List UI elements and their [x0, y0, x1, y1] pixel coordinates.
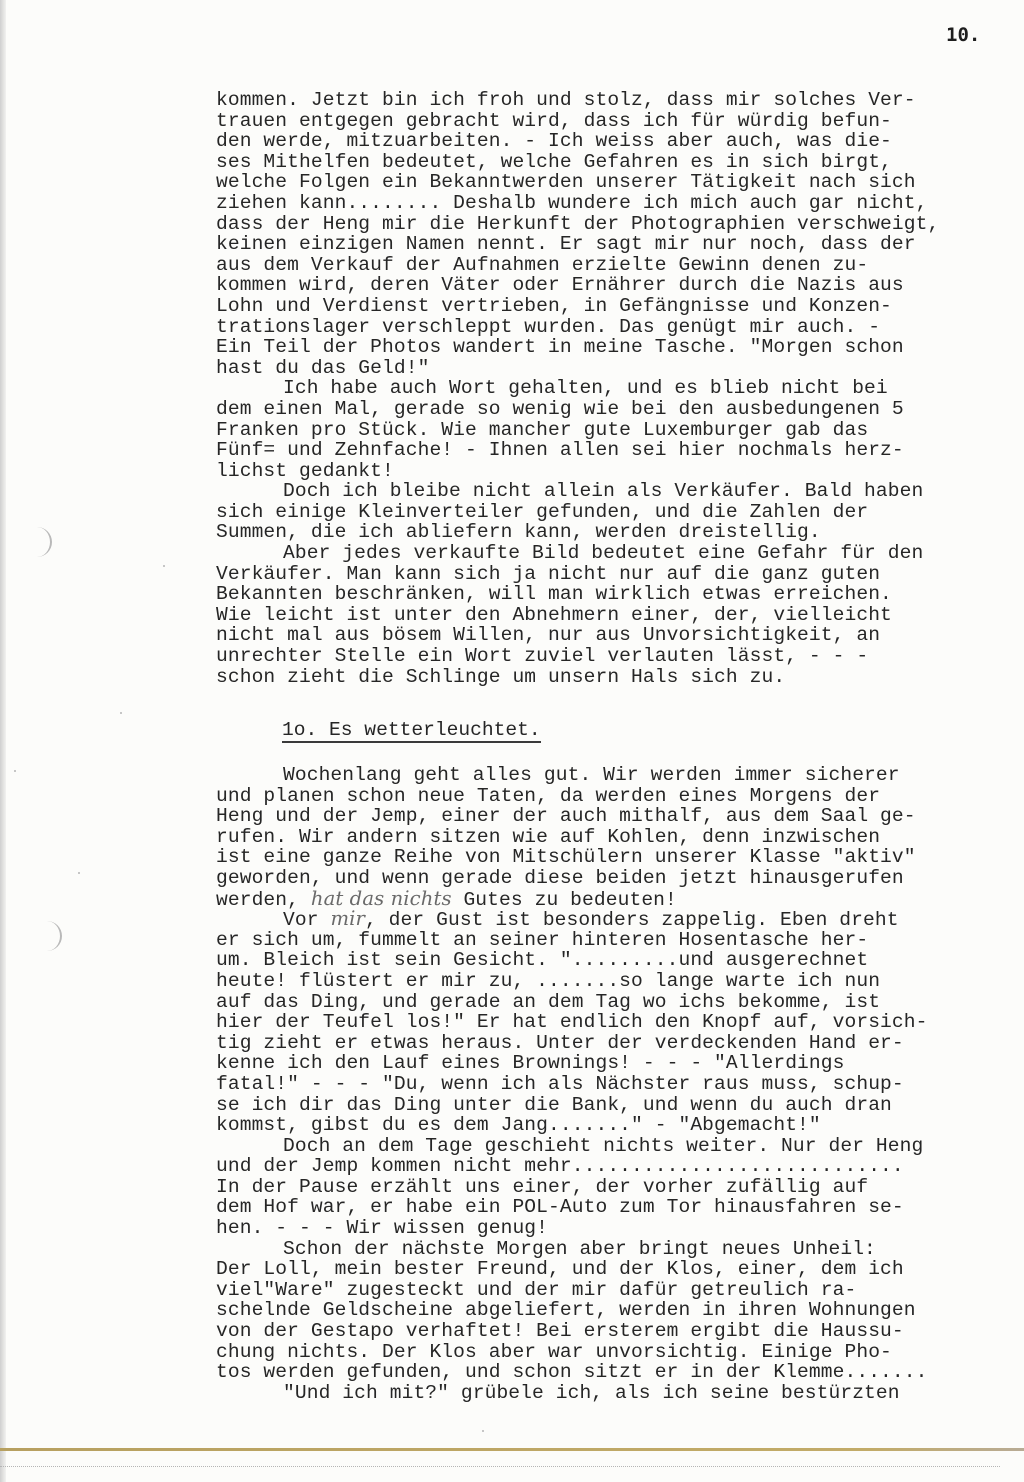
- typed-text: Aber jedes verkaufte Bild bedeutet eine …: [283, 542, 923, 564]
- scan-speck: [14, 770, 16, 772]
- typed-text: welche Folgen ein Bekanntwerden unserer …: [216, 171, 916, 193]
- punch-hole-mark-icon: [40, 921, 62, 951]
- text-line: viel"Ware" zugesteckt und der mir dafür …: [216, 1280, 1016, 1301]
- typed-text: trationslager verschleppt wurden. Das ge…: [216, 316, 880, 338]
- text-line: dem einen Mal, gerade so wenig wie bei d…: [216, 399, 1016, 420]
- text-line: Ein Teil der Photos wandert in meine Tas…: [216, 337, 1016, 358]
- text-line: kenne ich den Lauf eines Brownings! - - …: [216, 1053, 1016, 1074]
- typed-text: kommen. Jetzt bin ich froh und stolz, da…: [216, 89, 916, 111]
- text-line: dem Hof war, er habe ein POL-Auto zum To…: [216, 1197, 1016, 1218]
- typed-text: unrechter Stelle ein Wort zuviel verlaut…: [216, 645, 868, 667]
- text-line: welche Folgen ein Bekanntwerden unserer …: [216, 172, 1016, 193]
- body-text-before-heading: kommen. Jetzt bin ich froh und stolz, da…: [216, 90, 1016, 687]
- punch-hole-mark-icon: [30, 527, 52, 557]
- text-line: Lohn und Verdienst vertrieben, in Gefäng…: [216, 296, 1016, 317]
- typed-text: werden,: [216, 889, 311, 911]
- text-line: werden, hat das nichts Gutes zu bedeuten…: [216, 889, 1016, 910]
- typed-text: kommst, gibst du es dem Jang......." - "…: [216, 1114, 821, 1136]
- scan-left-edge: [0, 0, 6, 1482]
- scan-speck: [482, 1430, 484, 1432]
- typed-text: chung nichts. Der Klos aber war unvorsic…: [216, 1341, 892, 1363]
- typed-text: ziehen kann........ Deshalb wundere ich …: [216, 192, 928, 214]
- text-line: Summen, die ich abliefern kann, werden d…: [216, 522, 1016, 543]
- typed-text: schelnde Geldscheine abgeliefert, werden…: [216, 1299, 916, 1321]
- handwritten-correction: mir: [330, 907, 365, 930]
- typed-text: dem Hof war, er habe ein POL-Auto zum To…: [216, 1196, 904, 1218]
- typed-text: Verkäufer. Man kann sich ja nicht nur au…: [216, 563, 880, 585]
- scan-speck: [120, 712, 122, 714]
- typed-text: Ich habe auch Wort gehalten, und es blie…: [283, 377, 888, 399]
- text-line: um. Bleich ist sein Gesicht. ".........u…: [216, 950, 1016, 971]
- text-line: schon zieht die Schlinge um unsern Hals …: [216, 667, 1016, 688]
- text-line: auf das Ding, und gerade an dem Tag wo i…: [216, 992, 1016, 1013]
- text-line: Fünf= und Zehnfache! - Ihnen allen sei h…: [216, 440, 1016, 461]
- text-line: ziehen kann........ Deshalb wundere ich …: [216, 193, 1016, 214]
- text-line: In der Pause erzählt uns einer, der vorh…: [216, 1177, 1016, 1198]
- typed-text: schon zieht die Schlinge um unsern Hals …: [216, 666, 785, 688]
- text-line: nicht mal aus bösem Willen, nur aus Unvo…: [216, 625, 1016, 646]
- scan-speck: [163, 565, 165, 567]
- text-line: dass der Heng mir die Herkunft der Photo…: [216, 214, 1016, 235]
- typed-text: Franken pro Stück. Wie mancher gute Luxe…: [216, 419, 868, 441]
- text-line: Vor mir, der Gust ist besonders zappelig…: [216, 909, 1016, 930]
- typed-text: heute! flüstert er mir zu, .......so lan…: [216, 970, 880, 992]
- typed-text: Lohn und Verdienst vertrieben, in Gefäng…: [216, 295, 892, 317]
- text-line: lichst gedankt!: [216, 461, 1016, 482]
- typed-text: er sich um, fummelt an seiner hinteren H…: [216, 929, 868, 951]
- typed-text: ses Mithelfen bedeutet, welche Gefahren …: [216, 151, 892, 173]
- typed-text: lichst gedankt!: [216, 460, 394, 482]
- typed-text: kenne ich den Lauf eines Brownings! - - …: [216, 1052, 844, 1074]
- text-line: und planen schon neue Taten, da werden e…: [216, 786, 1016, 807]
- text-line: unrechter Stelle ein Wort zuviel verlaut…: [216, 646, 1016, 667]
- text-line: heute! flüstert er mir zu, .......so lan…: [216, 971, 1016, 992]
- typed-text: trauen entgegen gebracht wird, dass ich …: [216, 110, 892, 132]
- body-text-after-heading: Wochenlang geht alles gut. Wir werden im…: [216, 765, 1016, 1403]
- typed-text: hast du das Geld!": [216, 357, 429, 379]
- typed-text: Wochenlang geht alles gut. Wir werden im…: [283, 764, 900, 786]
- typed-text: Doch ich bleibe nicht allein als Verkäuf…: [283, 480, 923, 502]
- typed-text: viel"Ware" zugesteckt und der mir dafür …: [216, 1279, 856, 1301]
- text-line: keinen einzigen Namen nennt. Er sagt mir…: [216, 234, 1016, 255]
- text-line: Bekannten beschränken, will man wirklich…: [216, 584, 1016, 605]
- typed-text: Der Loll, mein bester Freund, und der Kl…: [216, 1258, 904, 1280]
- text-line: aus dem Verkauf der Aufnahmen erzielte G…: [216, 255, 1016, 276]
- typed-text: In der Pause erzählt uns einer, der vorh…: [216, 1176, 868, 1198]
- text-line: chung nichts. Der Klos aber war unvorsic…: [216, 1342, 1016, 1363]
- text-line: Franken pro Stück. Wie mancher gute Luxe…: [216, 420, 1016, 441]
- typed-text: sich einige Kleinverteiler gefunden, und…: [216, 501, 868, 523]
- typed-text: und der Jemp kommen nicht mehr..........…: [216, 1155, 904, 1177]
- text-line: "Und ich mit?" grübele ich, als ich sein…: [216, 1383, 1016, 1404]
- text-line: Schon der nächste Morgen aber bringt neu…: [216, 1239, 1016, 1260]
- text-line: Wie leicht ist unter den Abnehmern einer…: [216, 605, 1016, 626]
- typed-text: ist eine ganze Reihe von Mitschülern uns…: [216, 846, 916, 868]
- footer-dotted-line: [0, 1466, 1000, 1467]
- text-line: sich einige Kleinverteiler gefunden, und…: [216, 502, 1016, 523]
- text-line: rufen. Wir andern sitzen wie auf Kohlen,…: [216, 827, 1016, 848]
- text-line: hier der Teufel los!" Er hat endlich den…: [216, 1012, 1016, 1033]
- typed-text: aus dem Verkauf der Aufnahmen erzielte G…: [216, 254, 868, 276]
- text-line: den werde, mitzuarbeiten. - Ich weiss ab…: [216, 131, 1016, 152]
- text-line: ses Mithelfen bedeutet, welche Gefahren …: [216, 152, 1016, 173]
- footer-divider: [0, 1448, 1024, 1451]
- typed-text: tos werden gefunden, und schon sitzt er …: [216, 1361, 928, 1383]
- typed-text: Bekannten beschränken, will man wirklich…: [216, 583, 892, 605]
- text-line: und der Jemp kommen nicht mehr..........…: [216, 1156, 1016, 1177]
- text-line: kommen wird, deren Väter oder Ernährer d…: [216, 275, 1016, 296]
- typed-text: kommen wird, deren Väter oder Ernährer d…: [216, 274, 904, 296]
- typed-text: Gutes zu bedeuten!: [452, 889, 677, 911]
- text-line: Doch ich bleibe nicht allein als Verkäuf…: [216, 481, 1016, 502]
- typed-text: Doch an dem Tage geschieht nichts weiter…: [283, 1135, 923, 1157]
- typed-text: Fünf= und Zehnfache! - Ihnen allen sei h…: [216, 439, 904, 461]
- typed-text: um. Bleich ist sein Gesicht. ".........u…: [216, 949, 868, 971]
- text-line: schelnde Geldscheine abgeliefert, werden…: [216, 1300, 1016, 1321]
- text-line: tig zieht er etwas heraus. Unter der ver…: [216, 1033, 1016, 1054]
- text-line: tos werden gefunden, und schon sitzt er …: [216, 1362, 1016, 1383]
- text-line: von der Gestapo verhaftet! Bei ersterem …: [216, 1321, 1016, 1342]
- text-line: trationslager verschleppt wurden. Das ge…: [216, 317, 1016, 338]
- typed-text: hen. - - - Wir wissen genug!: [216, 1217, 548, 1239]
- text-line: hen. - - - Wir wissen genug!: [216, 1218, 1016, 1239]
- typed-text: rufen. Wir andern sitzen wie auf Kohlen,…: [216, 826, 880, 848]
- text-line: se ich dir das Ding unter die Bank, und …: [216, 1095, 1016, 1116]
- text-line: Wochenlang geht alles gut. Wir werden im…: [216, 765, 1016, 786]
- typed-text: und planen schon neue Taten, da werden e…: [216, 785, 880, 807]
- typed-text: nicht mal aus bösem Willen, nur aus Unvo…: [216, 624, 880, 646]
- handwritten-correction: hat das nichts: [311, 887, 452, 910]
- text-line: Heng und der Jemp, einer der auch mithal…: [216, 806, 1016, 827]
- typed-text: fatal!" - - - "Du, wenn ich als Nächster…: [216, 1073, 904, 1095]
- text-line: Verkäufer. Man kann sich ja nicht nur au…: [216, 564, 1016, 585]
- typed-text: hier der Teufel los!" Er hat endlich den…: [216, 1011, 928, 1033]
- typed-text: von der Gestapo verhaftet! Bei ersterem …: [216, 1320, 904, 1342]
- section-heading: 1o. Es wetterleuchtet.: [282, 720, 541, 743]
- text-line: Doch an dem Tage geschieht nichts weiter…: [216, 1136, 1016, 1157]
- typed-text: dem einen Mal, gerade so wenig wie bei d…: [216, 398, 904, 420]
- typed-text: se ich dir das Ding unter die Bank, und …: [216, 1094, 892, 1116]
- typed-text: den werde, mitzuarbeiten. - Ich weiss ab…: [216, 130, 892, 152]
- text-line: fatal!" - - - "Du, wenn ich als Nächster…: [216, 1074, 1016, 1095]
- page-number: 10.: [946, 24, 980, 46]
- text-line: trauen entgegen gebracht wird, dass ich …: [216, 111, 1016, 132]
- typed-text: Ein Teil der Photos wandert in meine Tas…: [216, 336, 904, 358]
- typed-text: Wie leicht ist unter den Abnehmern einer…: [216, 604, 892, 626]
- typed-text: Schon der nächste Morgen aber bringt neu…: [283, 1238, 876, 1260]
- text-line: kommst, gibst du es dem Jang......." - "…: [216, 1115, 1016, 1136]
- text-line: kommen. Jetzt bin ich froh und stolz, da…: [216, 90, 1016, 111]
- text-line: ist eine ganze Reihe von Mitschülern uns…: [216, 847, 1016, 868]
- typed-text: Heng und der Jemp, einer der auch mithal…: [216, 805, 916, 827]
- text-line: er sich um, fummelt an seiner hinteren H…: [216, 930, 1016, 951]
- typed-text: keinen einzigen Namen nennt. Er sagt mir…: [216, 233, 916, 255]
- text-line: Der Loll, mein bester Freund, und der Kl…: [216, 1259, 1016, 1280]
- typed-text: "Und ich mit?" grübele ich, als ich sein…: [283, 1382, 900, 1404]
- typed-text: Summen, die ich abliefern kann, werden d…: [216, 521, 821, 543]
- typed-text: dass der Heng mir die Herkunft der Photo…: [216, 213, 939, 235]
- text-line: hast du das Geld!": [216, 358, 1016, 379]
- text-line: Aber jedes verkaufte Bild bedeutet eine …: [216, 543, 1016, 564]
- text-line: Ich habe auch Wort gehalten, und es blie…: [216, 378, 1016, 399]
- typed-text: auf das Ding, und gerade an dem Tag wo i…: [216, 991, 880, 1013]
- typed-text: tig zieht er etwas heraus. Unter der ver…: [216, 1032, 904, 1054]
- document-page: 10. kommen. Jetzt bin ich froh und stolz…: [0, 0, 1024, 1482]
- text-line: geworden, und wenn gerade diese beiden j…: [216, 868, 1016, 889]
- scan-speck: [78, 872, 80, 874]
